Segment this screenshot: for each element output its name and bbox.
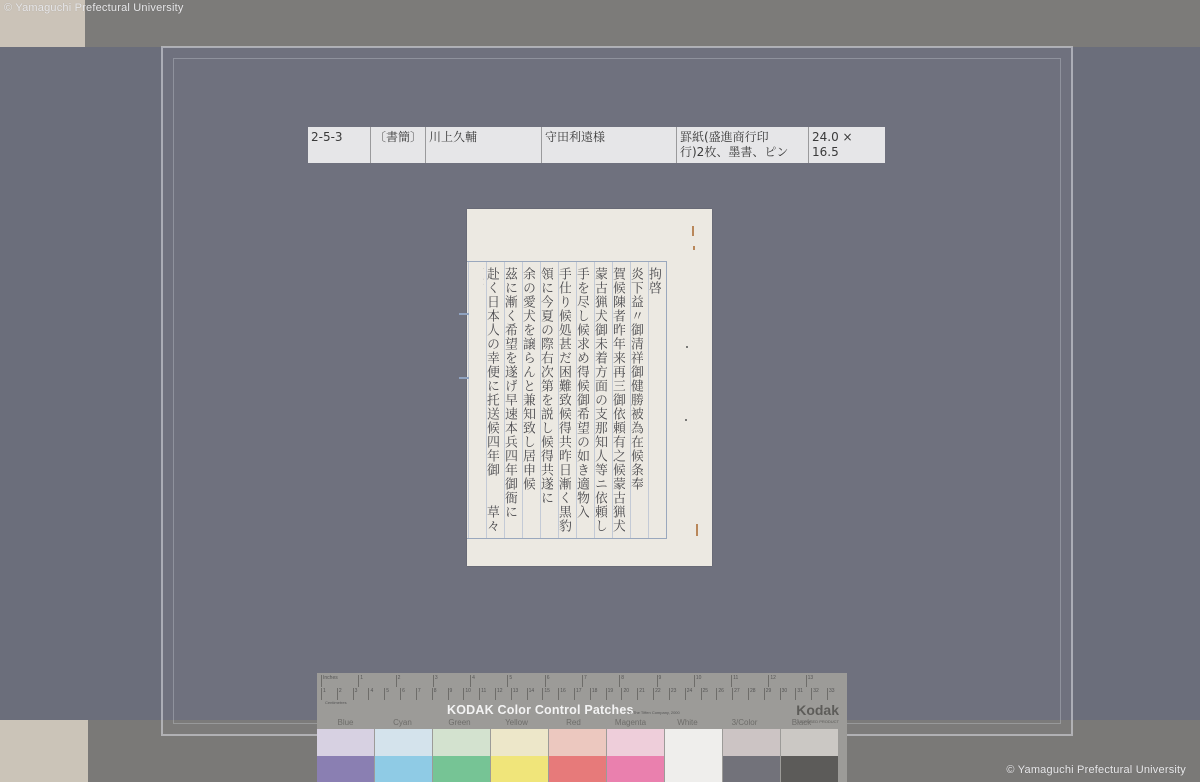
cm-tick: 12 <box>495 688 511 700</box>
cm-tick: 11 <box>479 688 495 700</box>
patch-dark <box>433 756 490 782</box>
patch-dark <box>549 756 606 782</box>
patch-3-color <box>723 729 780 782</box>
patch-label: Yellow <box>488 718 545 727</box>
cm-tick: 23 <box>669 688 685 700</box>
label-id: 2-5-3 <box>308 127 371 163</box>
patch-red <box>549 729 606 782</box>
patch-light <box>607 729 664 756</box>
backing-paper-bottom-left <box>0 720 88 782</box>
cm-tick: 26 <box>716 688 732 700</box>
cm-tick: 7 <box>416 688 432 700</box>
cm-tick: 10 <box>463 688 479 700</box>
patch-yellow <box>491 729 548 782</box>
text-column: 賀候陳者昨年来再三御依頼有之候蒙古猟犬 <box>609 267 625 535</box>
kodak-logo: Kodak <box>796 702 839 718</box>
cm-tick: 30 <box>780 688 796 700</box>
label-type: 〔書簡〕 <box>371 127 426 163</box>
label-recipient: 守田利遠様 <box>542 127 677 163</box>
cm-tick: 15 <box>542 688 558 700</box>
patch-light <box>375 729 432 756</box>
cm-tick: 6 <box>400 688 416 700</box>
cm-tick: 22 <box>653 688 669 700</box>
kodak-copyright: © The Tiffen Company, 2000 <box>629 710 680 715</box>
patch-cyan <box>375 729 432 782</box>
cm-tick: 13 <box>511 688 527 700</box>
label-dimensions: 24.0 × 16.5 <box>809 127 885 163</box>
patch-dark <box>491 756 548 782</box>
cm-tick: 5 <box>384 688 400 700</box>
cm-tick: 8 <box>432 688 448 700</box>
cm-tick: 28 <box>748 688 764 700</box>
patch-label: Black <box>773 718 830 727</box>
cm-tick: 17 <box>574 688 590 700</box>
cm-tick: 20 <box>621 688 637 700</box>
patch-light <box>781 729 838 756</box>
label-description: 罫紙(盛進商行印 行)2枚、墨書、ピン <box>677 127 809 163</box>
patch-label: Cyan <box>374 718 431 727</box>
text-column: 炎下益〃御清祥御健勝被為在候条奉 <box>627 267 643 535</box>
text-column: 茲に漸く希望を遂げ早速本兵四年御衙に <box>501 267 517 535</box>
text-column: 領に今夏の際右次第を説し候得共遂に <box>537 267 553 535</box>
margin-tick <box>459 313 469 315</box>
cm-tick: 19 <box>606 688 622 700</box>
patch-green <box>433 729 490 782</box>
patch-magenta <box>607 729 664 782</box>
cm-ruler: 1234567891011121314151617181920212223242… <box>321 688 843 700</box>
spot <box>686 346 688 348</box>
label-sender: 川上久輔 <box>426 127 542 163</box>
cm-tick: 14 <box>527 688 543 700</box>
patch-light <box>317 729 374 756</box>
inch-ruler: Inches 1 2 3 4 5 6 7 8 9 10 11 12 13 <box>321 675 843 687</box>
patch-white <box>665 729 722 782</box>
patch-dark <box>607 756 664 782</box>
patch-label: White <box>659 718 716 727</box>
patch-light <box>665 729 722 756</box>
text-column: 赴く日本人の幸便に托送候四年御 草々頓首 <box>483 267 499 535</box>
cm-tick: 31 <box>795 688 811 700</box>
cm-tick: 16 <box>558 688 574 700</box>
patch-label: Magenta <box>602 718 659 727</box>
cm-tick: 9 <box>448 688 464 700</box>
patch-dark <box>665 756 722 782</box>
patch-light <box>491 729 548 756</box>
patch-light <box>723 729 780 756</box>
patch-dark <box>375 756 432 782</box>
color-patches <box>317 729 847 782</box>
text-column: 手を尽し候求め得候御希望の如き適物入 <box>573 267 589 535</box>
patch-light <box>549 729 606 756</box>
cm-tick: 27 <box>732 688 748 700</box>
patch-blue <box>317 729 374 782</box>
patch-dark <box>723 756 780 782</box>
cm-tick: 25 <box>701 688 717 700</box>
cm-tick: 18 <box>590 688 606 700</box>
kodak-title: KODAK Color Control Patches <box>447 703 634 717</box>
cm-tick: 29 <box>764 688 780 700</box>
patch-names: BlueCyanGreenYellowRedMagentaWhite3/Colo… <box>317 718 847 727</box>
pin-mark <box>696 524 698 536</box>
letter-sheet: 拘啓 炎下益〃御清祥御健勝被為在候条奉 賀候陳者昨年来再三御依頼有之候蒙古猟犬 … <box>467 209 712 566</box>
cm-tick: 33 <box>827 688 843 700</box>
cm-tick: 1 <box>321 688 337 700</box>
patch-dark <box>781 756 838 782</box>
patch-label: Red <box>545 718 602 727</box>
pin-mark <box>693 246 695 250</box>
spot <box>685 419 687 421</box>
copyright-watermark-bottom: © Yamaguchi Prefectural University <box>1006 764 1186 776</box>
text-column: 手仕り候処甚だ困難致候得共昨日漸く黒豹 <box>555 267 571 535</box>
copyright-watermark-top: © Yamaguchi Prefectural University <box>4 2 184 14</box>
patch-label: Green <box>431 718 488 727</box>
cm-tick: 2 <box>337 688 353 700</box>
text-column: 蒙古猟犬御未着方面の支那知人等ニ依頼して <box>591 267 607 535</box>
patch-light <box>433 729 490 756</box>
catalog-label: 2-5-3 〔書簡〕 川上久輔 守田利遠様 罫紙(盛進商行印 行)2枚、墨書、ピ… <box>308 127 885 163</box>
patch-label: Blue <box>317 718 374 727</box>
patch-label: 3/Color <box>716 718 773 727</box>
cm-tick: 24 <box>685 688 701 700</box>
margin-tick <box>459 377 469 379</box>
patch-black <box>781 729 838 782</box>
handwritten-text: 拘啓 炎下益〃御清祥御健勝被為在候条奉 賀候陳者昨年来再三御依頼有之候蒙古猟犬 … <box>471 267 661 535</box>
text-column: 余の愛犬を譲らんと兼知致し居申候 <box>519 267 535 535</box>
patch-dark <box>317 756 374 782</box>
kodak-color-control-strip: Inches 1 2 3 4 5 6 7 8 9 10 11 12 13 123… <box>317 673 847 782</box>
cm-tick: 4 <box>368 688 384 700</box>
cm-tick: 3 <box>353 688 369 700</box>
cm-label: Centimetres <box>325 700 347 705</box>
cm-tick: 32 <box>811 688 827 700</box>
text-column: 拘啓 <box>645 267 661 535</box>
cm-tick: 21 <box>637 688 653 700</box>
pin-mark <box>692 226 694 236</box>
